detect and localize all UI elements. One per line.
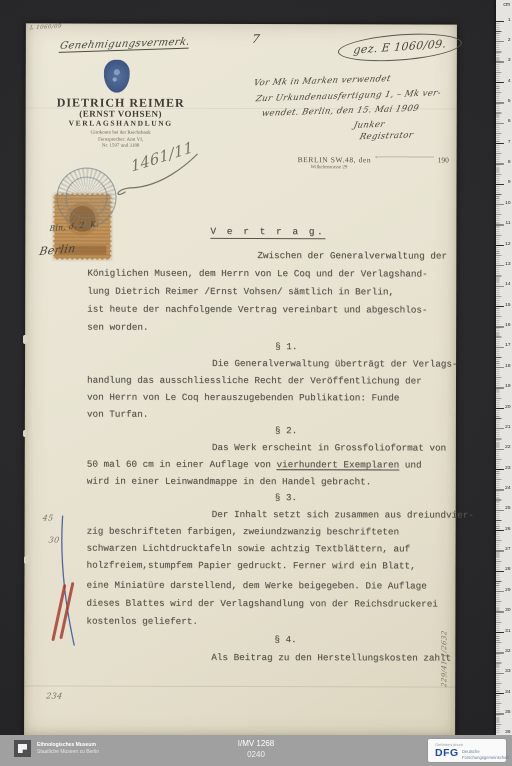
- typed-line: Das Werk erscheint in Grossfolioformat v…: [212, 442, 446, 454]
- typed-line: wird in einer Leinwandmappe in den Hande…: [87, 476, 372, 488]
- ruler-number: 30: [505, 609, 510, 614]
- ruler-number: 14: [505, 283, 510, 288]
- ruler-number: 16: [505, 324, 510, 329]
- typed-line: dieses Blattes wird der Verlagshandlung …: [86, 598, 438, 610]
- ruler-number: 22: [505, 446, 510, 451]
- typed-line: Der Inhalt setzt sich zusammen aus dreiu…: [212, 509, 474, 521]
- cm-ruler: cm 1234567891011121314151617181920212223…: [496, 0, 512, 735]
- archive-scan-viewer: DIETRICH REIMER (ERNST VOHSEN) VERLAGSHA…: [0, 0, 512, 766]
- viewer-footer-bar: Ethnologisches Museum Staatliche Museen …: [0, 735, 512, 766]
- paper-edge-tear: [23, 430, 27, 437]
- ruler-number: 6: [508, 120, 511, 125]
- ruler-number: 21: [505, 426, 510, 431]
- typed-line: Als Beitrag zu den Herstellungskosten za…: [211, 652, 451, 664]
- typed-line: Zwischen der Generalverwaltung der: [257, 250, 447, 261]
- typed-line: § 1.: [275, 341, 297, 352]
- typed-line: handlung das ausschliessliche Recht der …: [87, 375, 422, 387]
- funder-name-line2: Forschungsgemeinschaft: [462, 755, 509, 760]
- ruler-number: 27: [505, 548, 510, 553]
- ruler-number: 2: [508, 39, 511, 44]
- typed-line: zig beschrifteten farbigen, zweiundzwanz…: [87, 526, 399, 538]
- ruler-number: 5: [508, 100, 511, 105]
- typed-line: 50 mal 60 cm in einer Auflage von vierhu…: [87, 459, 422, 471]
- ruler-number: 17: [505, 344, 510, 349]
- typed-line: ist heute der nachfolgende Vertrag verei…: [87, 304, 427, 316]
- scanned-document-page: DIETRICH REIMER (ERNST VOHSEN) VERLAGSHA…: [24, 23, 457, 738]
- typed-line: von Turfan.: [87, 409, 148, 420]
- typed-line: § 4.: [274, 634, 296, 645]
- typed-line: kostenlos geliefert.: [86, 616, 198, 627]
- ruler-number: 13: [505, 263, 510, 268]
- ruler-number: 32: [505, 650, 510, 655]
- typed-line: eine Miniatüre darstellend, dem Werke be…: [86, 580, 426, 592]
- ruler-number: 15: [505, 304, 510, 309]
- ruler-number: 3: [508, 59, 511, 64]
- ruler-number: 31: [505, 630, 510, 635]
- ruler-number: 34: [505, 691, 510, 696]
- typed-line: schwarzen Lichtdrucktafeln sowie achtzig…: [87, 543, 411, 555]
- postmark-inner-ring: [65, 177, 107, 219]
- ruler-number: 8: [508, 161, 511, 166]
- bottom-pencil-note: 234: [46, 691, 64, 700]
- typed-line: sen worden.: [87, 322, 148, 333]
- ruler-number: 1: [508, 19, 511, 24]
- funder-name-line1: Deutsche: [462, 749, 480, 754]
- ruler-number: 19: [505, 385, 510, 390]
- ruler-number: 25: [505, 507, 510, 512]
- ruler-number: 35: [505, 711, 510, 716]
- ruler-number: 29: [505, 589, 510, 594]
- ruler-number: 18: [505, 365, 510, 370]
- funding-label: Gefördert durch: [435, 742, 463, 747]
- ruler-ticks: [496, 21, 512, 734]
- ruler-number: 24: [505, 487, 510, 492]
- funder-logo-box: Gefördert durch DFG Deutsche Forschungsg…: [428, 739, 506, 762]
- ruler-number: 26: [505, 528, 510, 533]
- ruler-number: 33: [505, 670, 510, 675]
- typed-line: holzfreiem,stumpfem Papier gedruckt. Fer…: [87, 560, 416, 572]
- margin-pencil-top: 45: [42, 513, 54, 522]
- ruler-number: 11: [506, 222, 511, 227]
- ruler-number: 4: [508, 80, 511, 85]
- ruler-number: 10: [505, 202, 510, 207]
- typed-line: lung Dietrich Reimer /Ernst Vohsen/ sämt…: [87, 286, 394, 298]
- ruler-number: 23: [505, 467, 510, 472]
- paper-edge-tear: [23, 335, 28, 344]
- ruler-unit-label: cm: [503, 2, 510, 8]
- ruler-number: 7: [508, 141, 511, 146]
- dfg-logo: DFG: [435, 747, 459, 759]
- typed-line: von Herrn von Le Coq herauszugebenden Pu…: [87, 392, 399, 404]
- circular-postmark-stamp: [56, 168, 116, 228]
- typed-line: Die Generalverwaltung überträgt der Verl…: [212, 358, 458, 370]
- typed-line: § 2.: [275, 425, 297, 436]
- ruler-number: 20: [505, 406, 510, 411]
- edge-vertical-note: 229/41 1/2632: [440, 630, 448, 688]
- typed-body: Zwischen der Generalverwaltung derKönigl…: [24, 23, 457, 738]
- ruler-number: 9: [508, 181, 511, 186]
- typed-line: § 3.: [275, 492, 297, 503]
- paper-edge-tear: [24, 556, 28, 564]
- typed-line: Königlichen Museen, dem Herrn von Le Coq…: [87, 268, 427, 280]
- ruler-number: 28: [505, 568, 510, 573]
- ruler-number: 12: [505, 243, 510, 248]
